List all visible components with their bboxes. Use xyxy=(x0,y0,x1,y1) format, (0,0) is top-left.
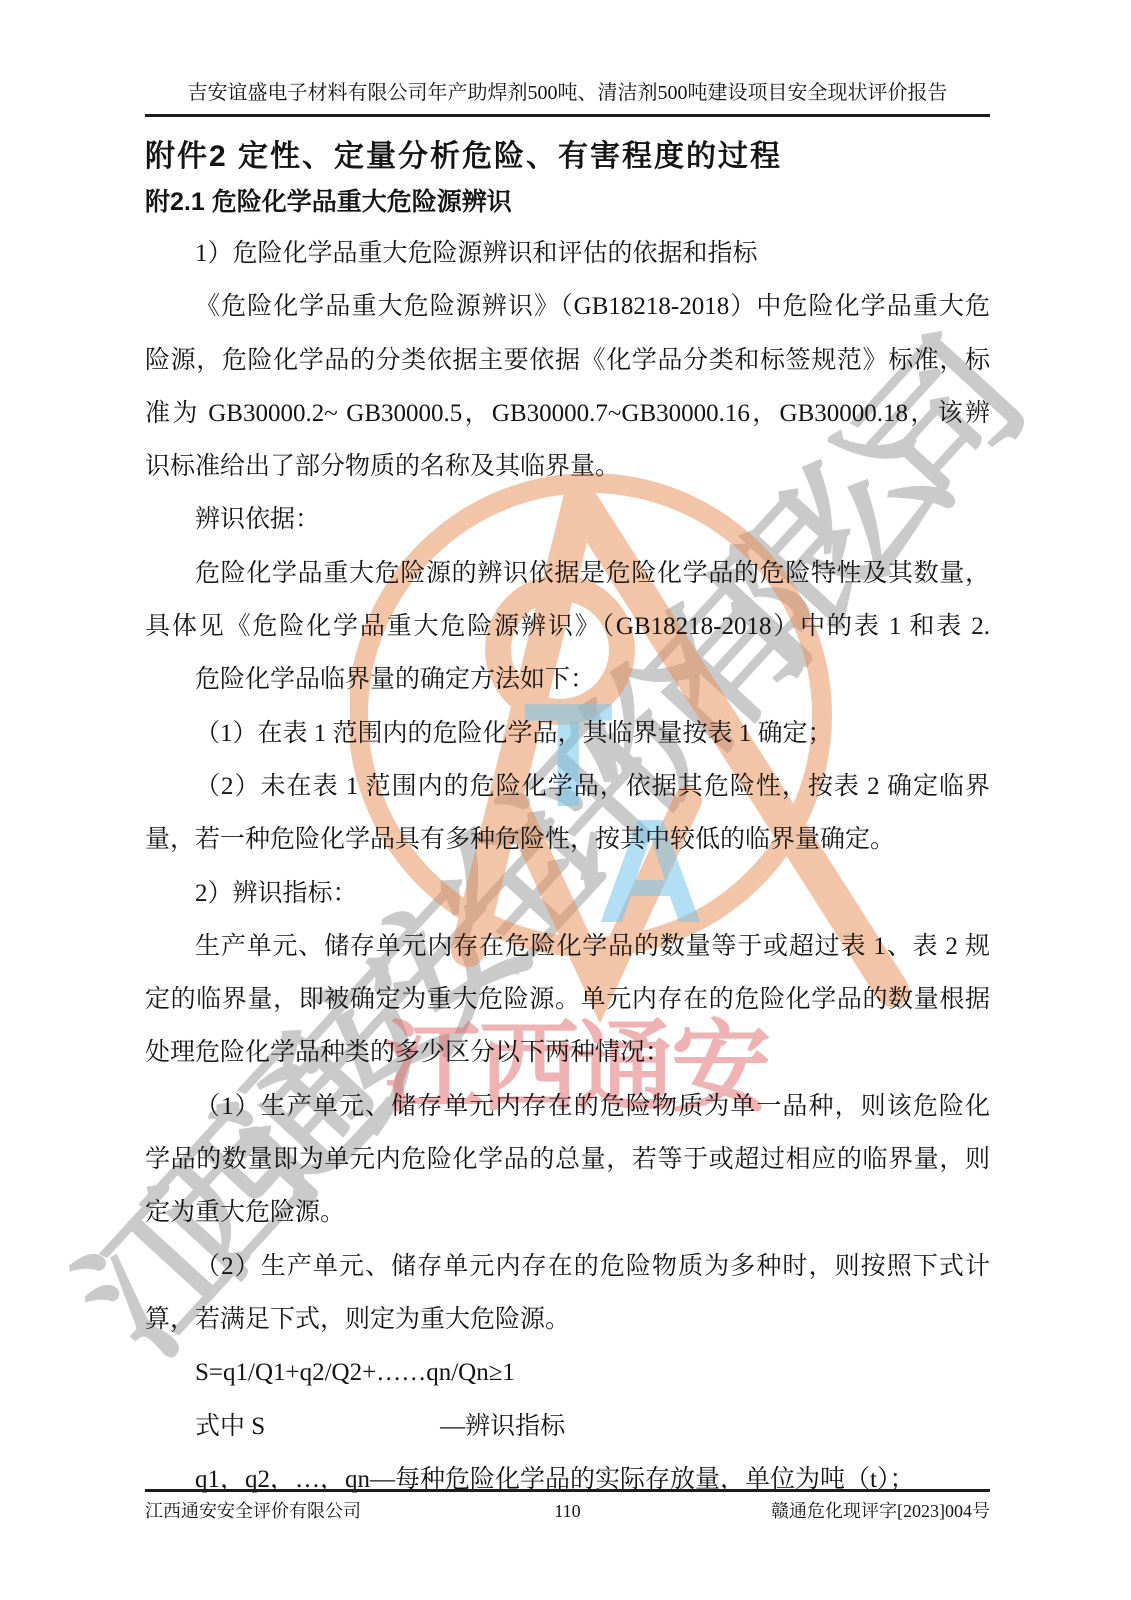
body-line: 生产单元、储存单元内存在危险化学品的数量等于或超过表 1、表 2 规 xyxy=(145,920,990,973)
body-line: 定为重大危险源。 xyxy=(145,1186,990,1239)
page-header-title: 吉安谊盛电子材料有限公司年产助焊剂500吨、清洁剂500吨建设项目安全现状评价报… xyxy=(145,78,990,108)
body-line: （2）未在表 1 范围内的危险化学品，依据其危险性，按表 2 确定临界 xyxy=(145,760,990,813)
body-line: 识标准给出了部分物质的名称及其临界量。 xyxy=(145,440,990,493)
body-line: 具体见《危险化学品重大危险源辨识》（GB18218-2018）中的表 1 和表 … xyxy=(145,600,990,653)
header-divider xyxy=(145,114,990,117)
body-line: 学品的数量即为单元内危险化学品的总量，若等于或超过相应的临界量，则 xyxy=(145,1133,990,1186)
content-layer: 吉安谊盛电子材料有限公司年产助焊剂500吨、清洁剂500吨建设项目安全现状评价报… xyxy=(0,0,1131,1600)
body-line: （1）生产单元、储存单元内存在的危险物质为单一品种，则该危险化 xyxy=(145,1080,990,1133)
body-line: S=q1/Q1+q2/Q2+……qn/Qn≥1 xyxy=(145,1346,990,1399)
footer-doc-number: 赣通危化现评字[2023]004号 xyxy=(771,1498,990,1524)
body-line: 1）危险化学品重大危险源辨识和评估的依据和指标 xyxy=(145,227,990,280)
body-line: 准为 GB30000.2~ GB30000.5，GB30000.7~GB3000… xyxy=(145,387,990,440)
body-line: （1）在表 1 范围内的危险化学品，其临界量按表 1 确定； xyxy=(145,707,990,760)
body-line: 危险化学品临界量的确定方法如下： xyxy=(145,653,990,706)
body-text: 1）危险化学品重大危险源辨识和评估的依据和指标《危险化学品重大危险源辨识》（GB… xyxy=(145,227,990,1506)
body-line: 险源，危险化学品的分类依据主要依据《化学品分类和标签规范》标准，标 xyxy=(145,334,990,387)
body-line: 处理危险化学品种类的多少区分以下两种情况： xyxy=(145,1026,990,1079)
appendix-title: 附件2 定性、定量分析危险、有害程度的过程 xyxy=(145,138,1005,176)
body-line: 量，若一种危险化学品具有多种危险性，按其中较低的临界量确定。 xyxy=(145,813,990,866)
document-page: 江西通安安全评价有限公司 T A 江西通安 吉安谊盛电子材料有限公司年产助焊剂5… xyxy=(0,0,1131,1600)
body-line: 辨识依据： xyxy=(145,493,990,546)
body-line: 《危险化学品重大危险源辨识》（GB18218-2018）中危险化学品重大危 xyxy=(145,280,990,333)
footer-divider xyxy=(145,1489,990,1492)
body-line: （2）生产单元、储存单元内存在的危险物质为多种时，则按照下式计 xyxy=(145,1240,990,1293)
body-line: 算，若满足下式，则定为重大危险源。 xyxy=(145,1293,990,1346)
body-line: 2）辨识指标： xyxy=(145,867,990,920)
body-line: 式中 S —辨识指标 xyxy=(145,1400,990,1453)
body-line: 定的临界量，即被确定为重大危险源。单元内存在的危险化学品的数量根据 xyxy=(145,973,990,1026)
section-title: 附2.1 危险化学品重大危险源辨识 xyxy=(145,186,1005,218)
body-line: 危险化学品重大危险源的辨识依据是危险化学品的危险特性及其数量， xyxy=(145,547,990,600)
